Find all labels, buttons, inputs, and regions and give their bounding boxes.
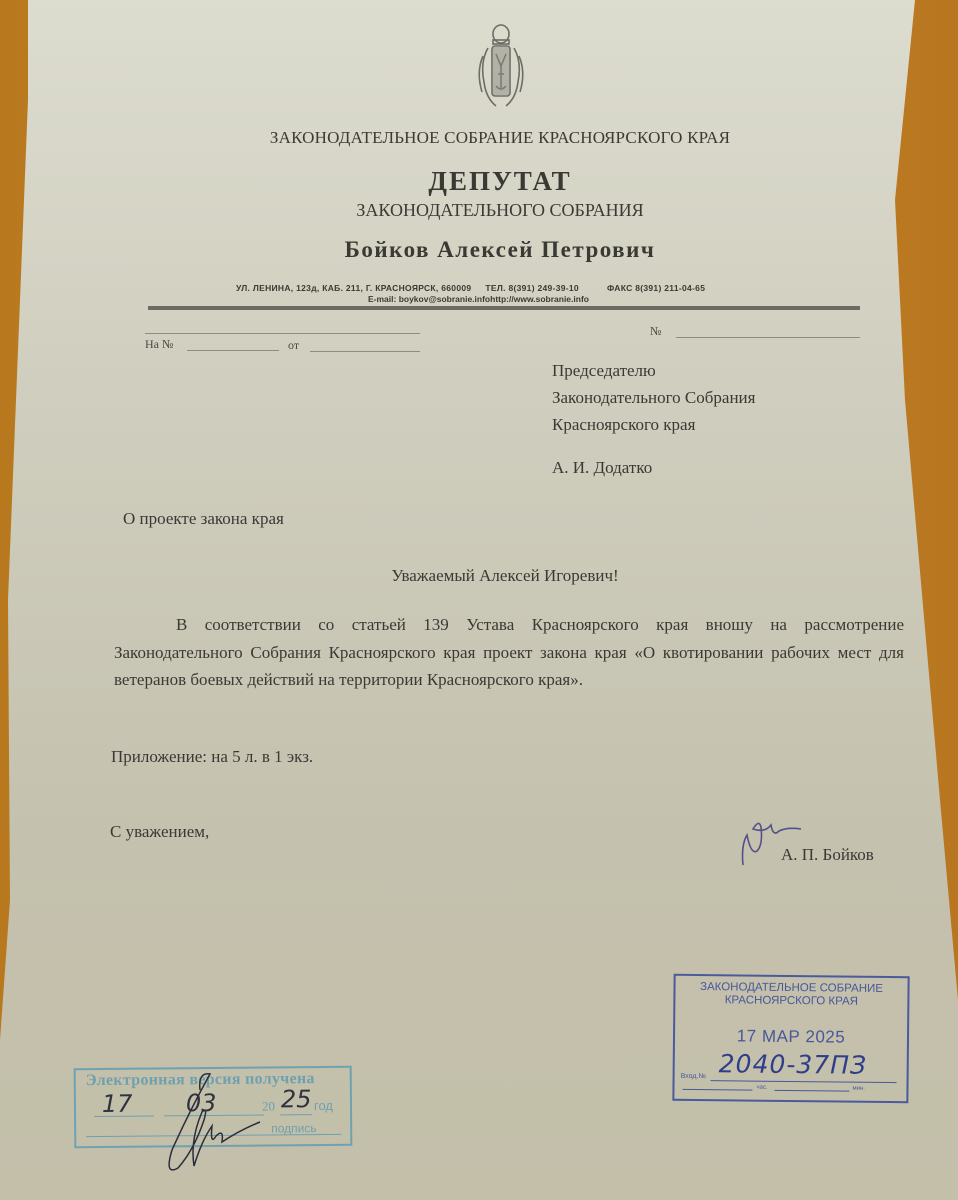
email: E-mail: boykov@sobranie.info: [368, 294, 490, 304]
address: УЛ. ЛЕНИНА, 123д, КАБ. 211, Г. КРАСНОЯРС…: [236, 283, 471, 293]
letter-body: В соответствии со статьей 139 Устава Кра…: [114, 611, 904, 694]
addressee-line: Красноярского края: [552, 411, 755, 438]
incoming-number: 2040-37ПЗ: [719, 1049, 868, 1080]
reference-line: [145, 333, 420, 334]
on-number-label: На №: [145, 337, 173, 352]
addressee-name: А. И. Додатко: [552, 458, 652, 478]
stamp-year-label: год: [314, 1098, 333, 1113]
stamp-day: 17: [102, 1090, 133, 1118]
letterhead-title: ДЕПУТАТ: [0, 166, 958, 197]
from-date-field: [310, 351, 420, 352]
phone: ТЕЛ. 8(391) 249-39-10: [485, 283, 579, 293]
letterhead-subtitle: ЗАКОНОДАТЕЛЬНОГО СОБРАНИЯ: [0, 200, 958, 221]
coat-of-arms-icon: [470, 22, 532, 110]
minutes-label: мин.: [852, 1086, 865, 1092]
stamp-org-line: КРАСНОЯРСКОГО КРАЯ: [675, 994, 907, 1009]
attachment-note: Приложение: на 5 л. в 1 экз.: [111, 747, 313, 767]
online-contacts: E-mail: boykov@sobranie.infohttp://www.s…: [368, 294, 589, 304]
from-label: от: [288, 338, 299, 353]
website: http://www.sobranie.info: [490, 294, 589, 304]
fax: ФАКС 8(391) 211-04-65: [607, 283, 705, 293]
addressee-line: Председателю: [552, 357, 755, 384]
incoming-registration-stamp: ЗАКОНОДАТЕЛЬНОЕ СОБРАНИЕ КРАСНОЯРСКОГО К…: [672, 974, 909, 1103]
subject-line: О проекте закона края: [123, 509, 284, 529]
body-paragraph: В соответствии со статьей 139 Устава Кра…: [114, 611, 904, 694]
organization-name: ЗАКОНОДАТЕЛЬНОЕ СОБРАНИЕ КРАСНОЯРСКОГО К…: [0, 128, 958, 148]
addressee-line: Законодательного Собрания: [552, 384, 755, 411]
receiver-signature-icon: [150, 1070, 300, 1180]
addressee-block: Председателю Законодательного Собрания К…: [552, 357, 755, 438]
closing: С уважением,: [110, 822, 209, 842]
stamp-org-line: ЗАКОНОДАТЕЛЬНОЕ СОБРАНИЕ: [675, 981, 907, 996]
letter-paper: ЗАКОНОДАТЕЛЬНОЕ СОБРАНИЕ КРАСНОЯРСКОГО К…: [0, 0, 958, 1200]
incoming-number-label: Вход.№: [681, 1073, 706, 1080]
hours-label: час.: [756, 1085, 767, 1091]
letterhead-divider: [148, 306, 860, 310]
number-field: [676, 337, 860, 338]
deputy-name: Бойков Алексей Петрович: [0, 237, 958, 263]
signer-name: А. П. Бойков: [781, 845, 874, 865]
contact-line: УЛ. ЛЕНИНА, 123д, КАБ. 211, Г. КРАСНОЯРС…: [236, 283, 705, 293]
greeting: Уважаемый Алексей Игоревич!: [0, 566, 958, 586]
stamp-date: 17 МАР 2025: [675, 1026, 907, 1048]
number-label: №: [650, 324, 661, 339]
on-number-field: [187, 350, 279, 351]
